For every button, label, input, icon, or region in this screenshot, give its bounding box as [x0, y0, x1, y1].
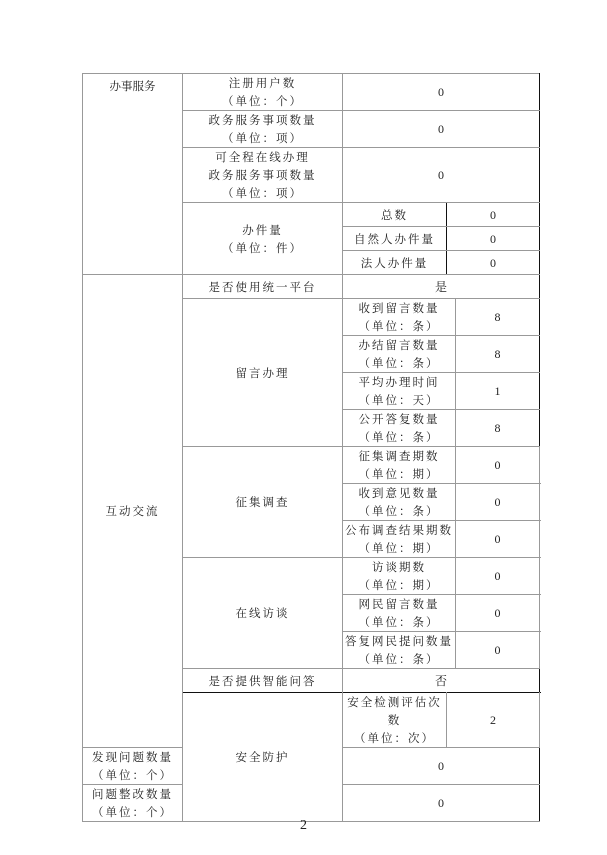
- sub-value: 0: [447, 203, 540, 227]
- row-value: 0: [343, 748, 540, 785]
- row-value: 是: [343, 275, 540, 299]
- sub-value: 0: [447, 251, 540, 275]
- sub-value: 8: [456, 299, 540, 336]
- row-label: 可全程在线办理 政务服务事项数量 （单位：项）: [183, 148, 343, 203]
- sub-label: 自然人办件量: [343, 227, 447, 251]
- sub-value: 0: [447, 227, 540, 251]
- row-label: 发现问题数量 （单位：个）: [83, 748, 183, 785]
- row-label: 安全检测评估次数 （单位：次）: [343, 693, 447, 748]
- statistics-table: 办事服务 注册用户数 （单位：个） 0 政务服务事项数量 （单位：项） 0 可全…: [82, 73, 540, 822]
- row-value: 否: [343, 669, 540, 693]
- row-label: 是否提供智能问答: [183, 669, 343, 693]
- sub-label: 法人办件量: [343, 251, 447, 275]
- row-label: 是否使用统一平台: [183, 275, 343, 299]
- category-security: 安全防护: [183, 693, 343, 822]
- row-label: 政务服务事项数量 （单位：项）: [183, 111, 343, 148]
- row-label-cases: 办件量 （单位：件）: [183, 203, 343, 275]
- row-label: 问题整改数量 （单位：个）: [83, 785, 183, 822]
- sub-label: 网民留言数量 （单位：条）: [343, 595, 456, 632]
- table-row: 互动交流 是否使用统一平台 是: [83, 275, 540, 299]
- row-value: 0: [343, 74, 540, 111]
- row-value: 2: [447, 693, 540, 748]
- category-interaction: 互动交流: [83, 275, 183, 748]
- sub-label: 公布调查结果期数 （单位：期）: [343, 521, 456, 558]
- sub-value: 0: [456, 632, 540, 669]
- row-value: 0: [343, 111, 540, 148]
- group-messages: 留言办理: [183, 299, 343, 447]
- sub-value: 0: [456, 447, 540, 484]
- row-value: 0: [343, 785, 540, 822]
- sub-label: 收到意见数量 （单位：条）: [343, 484, 456, 521]
- sub-value: 8: [456, 336, 540, 373]
- sub-label: 总数: [343, 203, 447, 227]
- sub-label: 答复网民提问数量 （单位：条）: [343, 632, 456, 669]
- sub-value: 0: [456, 595, 540, 632]
- group-interview: 在线访谈: [183, 558, 343, 669]
- sub-value: 0: [456, 521, 540, 558]
- sub-label: 公开答复数量 （单位：条）: [343, 410, 456, 447]
- sub-label: 收到留言数量 （单位：条）: [343, 299, 456, 336]
- row-label: 注册用户数 （单位：个）: [183, 74, 343, 111]
- row-value: 0: [343, 148, 540, 203]
- sub-label: 办结留言数量 （单位：条）: [343, 336, 456, 373]
- group-survey: 征集调查: [183, 447, 343, 558]
- sub-value: 1: [456, 373, 540, 410]
- page-number: 2: [0, 818, 607, 834]
- sub-label: 征集调查期数 （单位：期）: [343, 447, 456, 484]
- category-service: 办事服务: [83, 74, 183, 275]
- sub-label: 访谈期数 （单位：期）: [343, 558, 456, 595]
- table-row: 办事服务 注册用户数 （单位：个） 0: [83, 74, 540, 111]
- sub-label: 平均办理时间 （单位：天）: [343, 373, 456, 410]
- sub-value: 8: [456, 410, 540, 447]
- sub-value: 0: [456, 558, 540, 595]
- sub-value: 0: [456, 484, 540, 521]
